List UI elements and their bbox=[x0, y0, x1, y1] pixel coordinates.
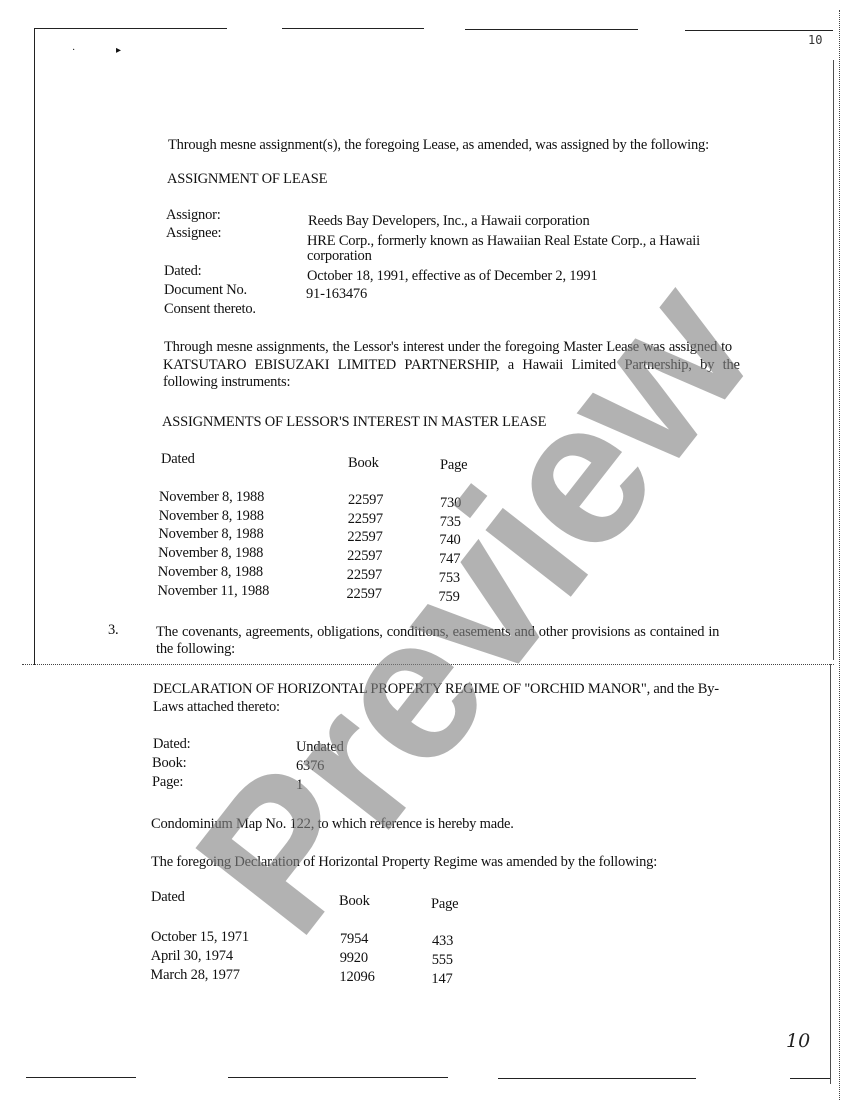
declaration-value-dated: Undated bbox=[296, 739, 344, 756]
item3-line1: The covenants, agreements, obligations, … bbox=[156, 624, 719, 641]
scan-border-right-dotted bbox=[839, 10, 840, 1100]
document-page: · ▸ 10 Through mesne assignment(s), the … bbox=[0, 0, 850, 1104]
page-number-top: 10 bbox=[808, 33, 822, 47]
scan-fold-line bbox=[22, 664, 834, 665]
table-cell: October 15, 1971 bbox=[151, 929, 249, 946]
table-cell: 555 bbox=[432, 952, 453, 969]
lessor-table-header-dated: Dated bbox=[161, 451, 195, 468]
table-cell: November 8, 1988 bbox=[159, 508, 264, 525]
scan-border-right bbox=[833, 60, 834, 660]
table-cell: November 8, 1988 bbox=[158, 564, 263, 581]
amend-table-header-dated: Dated bbox=[151, 889, 185, 906]
table-cell: 433 bbox=[432, 933, 453, 950]
table-cell: 735 bbox=[440, 514, 461, 531]
page-number-handwritten: 10 bbox=[786, 1030, 810, 1052]
field-label-dated: Dated: bbox=[164, 263, 201, 280]
declaration-line1: DECLARATION OF HORIZONTAL PROPERTY REGIM… bbox=[153, 681, 719, 698]
field-value-document-no: 91-163476 bbox=[306, 286, 367, 303]
scan-border-bottom-3 bbox=[498, 1078, 696, 1079]
field-value-assignor: Reeds Bay Developers, Inc., a Hawaii cor… bbox=[308, 213, 590, 230]
table-cell: 22597 bbox=[347, 548, 382, 565]
field-label-assignor: Assignor: bbox=[166, 207, 221, 224]
table-cell: 22597 bbox=[348, 511, 383, 528]
table-cell: 147 bbox=[431, 971, 452, 988]
item-number: 3. bbox=[108, 622, 118, 639]
scan-border-right-lower bbox=[830, 664, 831, 1084]
table-cell: November 8, 1988 bbox=[158, 526, 263, 543]
item3-line2: the following: bbox=[156, 641, 235, 658]
table-cell: 747 bbox=[439, 551, 460, 568]
table-cell: November 8, 1988 bbox=[159, 489, 264, 506]
table-cell: 22597 bbox=[347, 567, 382, 584]
table-cell: 759 bbox=[439, 589, 460, 606]
table-cell: April 30, 1974 bbox=[151, 948, 233, 965]
amend-table-header-page: Page bbox=[431, 896, 458, 913]
table-cell: 753 bbox=[439, 570, 460, 587]
field-value-assignee-cont: corporation bbox=[307, 248, 372, 265]
table-cell: November 11, 1988 bbox=[158, 583, 270, 600]
field-label-consent: Consent thereto. bbox=[164, 301, 256, 318]
lessor-paragraph-line3: following instruments: bbox=[163, 374, 290, 391]
field-label-document-no: Document No. bbox=[164, 282, 247, 299]
scan-border-top-3 bbox=[465, 29, 638, 30]
table-cell: 7954 bbox=[340, 931, 368, 948]
scan-border-bottom-4 bbox=[790, 1078, 830, 1079]
lessor-paragraph-line1: Through mesne assignments, the Lessor's … bbox=[164, 339, 732, 356]
lessor-table-header-page: Page bbox=[440, 457, 467, 474]
assignment-heading: ASSIGNMENT OF LEASE bbox=[167, 171, 327, 188]
declaration-label-page: Page: bbox=[152, 774, 183, 791]
scan-border-top-1 bbox=[35, 28, 227, 29]
scan-border-bottom-1 bbox=[26, 1077, 136, 1078]
table-cell: November 8, 1988 bbox=[158, 545, 263, 562]
table-cell: 740 bbox=[439, 532, 460, 549]
table-cell: 730 bbox=[440, 495, 461, 512]
declaration-value-page: 1 bbox=[296, 777, 303, 794]
condominium-map-text: Condominium Map No. 122, to which refere… bbox=[151, 816, 514, 833]
declaration-value-book: 6376 bbox=[296, 758, 324, 775]
lessor-table-header-book: Book bbox=[348, 455, 379, 472]
scan-speck: ▸ bbox=[116, 42, 121, 59]
table-cell: 9920 bbox=[340, 950, 368, 967]
field-value-dated: October 18, 1991, effective as of Decemb… bbox=[307, 268, 598, 285]
scan-border-top-2 bbox=[282, 28, 424, 29]
scan-border-bottom-2 bbox=[228, 1077, 448, 1078]
table-cell: 22597 bbox=[347, 529, 382, 546]
intro-text: Through mesne assignment(s), the foregoi… bbox=[168, 137, 709, 154]
amended-intro-text: The foregoing Declaration of Horizontal … bbox=[151, 854, 657, 871]
lessor-heading: ASSIGNMENTS OF LESSOR'S INTEREST IN MAST… bbox=[162, 414, 546, 431]
lessor-paragraph-line2: KATSUTARO EBISUZAKI LIMITED PARTNERSHIP,… bbox=[163, 357, 740, 374]
table-cell: March 28, 1977 bbox=[150, 967, 239, 984]
scan-border-left bbox=[34, 28, 35, 665]
scan-speck: · bbox=[72, 42, 75, 59]
declaration-label-dated: Dated: bbox=[153, 736, 190, 753]
declaration-line2: Laws attached thereto: bbox=[153, 699, 280, 716]
table-cell: 22597 bbox=[348, 492, 383, 509]
table-cell: 12096 bbox=[339, 969, 374, 986]
amend-table-header-book: Book bbox=[339, 893, 370, 910]
declaration-label-book: Book: bbox=[152, 755, 186, 772]
scan-border-top-4 bbox=[685, 30, 833, 31]
table-cell: 22597 bbox=[347, 586, 382, 603]
field-label-assignee: Assignee: bbox=[166, 225, 221, 242]
